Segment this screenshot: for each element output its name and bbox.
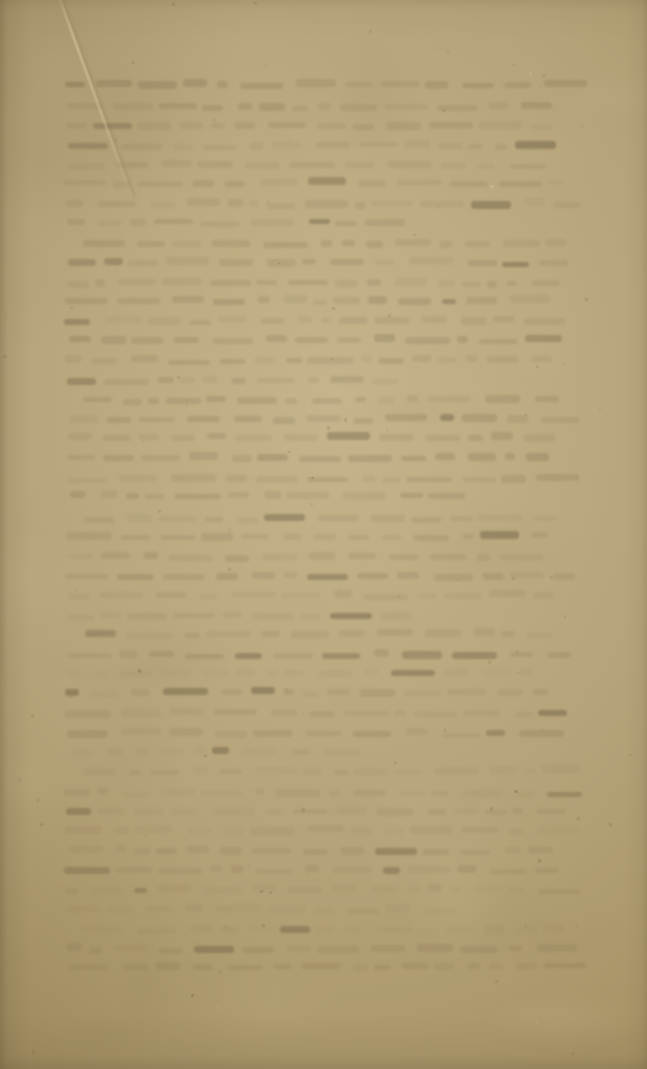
ghost-word <box>68 906 100 911</box>
ghost-word <box>148 398 159 403</box>
ghost-word <box>537 809 566 814</box>
ghost-word <box>477 554 491 561</box>
ghost-word <box>93 123 132 129</box>
ghost-word <box>303 849 328 854</box>
ghost-word <box>471 201 511 208</box>
ghost-word <box>544 963 586 969</box>
ghost-word <box>67 943 82 951</box>
paper-blotch <box>0 743 73 819</box>
ghost-word <box>222 689 242 696</box>
ghost-word <box>425 629 461 636</box>
ghost-word <box>220 847 242 855</box>
ghost-word <box>259 103 285 111</box>
ghost-word <box>489 590 526 598</box>
ghost-word <box>114 827 129 834</box>
ghost-word <box>156 592 186 598</box>
ghost-word <box>510 295 551 303</box>
ghost-word <box>301 614 321 621</box>
ghost-word <box>372 886 399 892</box>
ghost-word <box>280 926 310 934</box>
ghost-word <box>363 668 379 675</box>
ghost-word <box>232 455 251 462</box>
ghost-word <box>255 789 265 794</box>
ghost-text-block <box>0 0 647 1069</box>
ghost-word <box>402 651 442 659</box>
ghost-word <box>508 887 524 893</box>
ghost-word <box>485 810 508 815</box>
corner-shading <box>0 0 647 1069</box>
ghost-word <box>203 669 229 677</box>
ghost-word <box>524 768 536 774</box>
paper-speck <box>58 324 59 326</box>
ghost-word <box>521 102 552 108</box>
ghost-word <box>267 203 296 209</box>
ghost-word <box>123 792 149 798</box>
paper-speck <box>415 539 417 541</box>
ghost-word <box>477 515 523 521</box>
paper-speck <box>204 755 206 758</box>
ghost-word <box>113 103 153 110</box>
ghost-word <box>187 846 209 853</box>
ghost-word <box>303 768 322 776</box>
ghost-word <box>553 202 580 208</box>
ghost-word <box>287 887 322 893</box>
ghost-word <box>269 905 305 913</box>
ghost-word <box>355 202 366 209</box>
ghost-word <box>134 888 147 893</box>
ghost-word <box>235 435 273 440</box>
ghost-word <box>68 281 89 287</box>
ghost-word <box>495 144 507 150</box>
ghost-word <box>100 592 144 598</box>
ghost-word <box>547 652 571 657</box>
ghost-word <box>185 904 203 911</box>
edge-vignette <box>0 0 647 1069</box>
ghost-word <box>258 296 270 303</box>
ghost-word <box>206 396 225 402</box>
ghost-word <box>286 492 329 499</box>
ghost-word <box>257 454 288 460</box>
ghost-word <box>250 827 295 834</box>
paper-blotch <box>481 992 643 1049</box>
ghost-word <box>429 122 473 129</box>
ghost-word <box>266 335 287 342</box>
ghost-word <box>348 455 392 462</box>
ghost-word <box>220 359 245 364</box>
paper-blotch <box>299 30 381 152</box>
ghost-word <box>442 733 481 738</box>
ghost-word <box>207 433 226 440</box>
ghost-word <box>379 434 414 442</box>
ghost-word <box>141 455 180 461</box>
ghost-word <box>535 396 559 402</box>
paper-speck <box>584 201 587 203</box>
ghost-word <box>501 631 515 637</box>
ghost-line <box>69 839 561 858</box>
ghost-word <box>201 791 243 797</box>
ghost-line <box>67 446 561 465</box>
ghost-word <box>385 414 427 421</box>
ghost-line <box>66 114 566 133</box>
ghost-word <box>237 397 277 403</box>
ghost-word <box>345 82 373 87</box>
ghost-word <box>232 378 246 384</box>
ghost-word <box>291 749 310 755</box>
ghost-word <box>342 240 355 247</box>
ghost-line <box>69 328 576 347</box>
ghost-word <box>407 395 418 402</box>
ghost-line <box>65 701 581 720</box>
ghost-word <box>194 946 234 954</box>
ghost-word <box>397 180 442 186</box>
ghost-word <box>421 316 446 322</box>
ghost-line <box>68 271 567 290</box>
ghost-line <box>83 388 568 407</box>
ghost-word <box>354 768 388 775</box>
ghost-word <box>329 790 341 797</box>
ghost-line <box>83 232 581 251</box>
ghost-word <box>131 337 163 344</box>
ghost-word <box>70 491 86 498</box>
ghost-word <box>123 399 143 405</box>
paper-speck <box>576 925 578 927</box>
ghost-word <box>312 398 342 405</box>
paper-blotch <box>132 0 340 115</box>
ghost-word <box>363 594 408 600</box>
paper-speck <box>631 695 633 697</box>
ghost-word <box>457 336 469 343</box>
ghost-word <box>117 162 148 168</box>
ghost-word <box>292 106 308 112</box>
ghost-word <box>67 103 103 109</box>
ghost-word <box>414 712 456 718</box>
ghost-word <box>509 946 522 952</box>
ghost-word <box>64 180 106 186</box>
ghost-word <box>67 219 85 226</box>
paper-speck <box>564 615 567 618</box>
ghost-word <box>288 280 328 285</box>
paper-speck <box>299 913 300 914</box>
ghost-line <box>66 800 573 819</box>
ghost-word <box>148 317 180 325</box>
ghost-word <box>190 925 214 933</box>
ghost-word <box>91 358 117 364</box>
ghost-word <box>341 847 364 855</box>
ghost-word <box>64 867 110 874</box>
ghost-word <box>252 572 274 579</box>
ghost-line <box>66 661 548 680</box>
paper-speck <box>142 441 144 443</box>
ghost-word <box>131 689 150 697</box>
ghost-word <box>404 140 431 148</box>
ghost-word <box>89 947 102 954</box>
ghost-word <box>261 631 280 638</box>
ghost-word <box>183 79 207 86</box>
ghost-word <box>405 337 450 344</box>
paper-speck <box>490 807 493 811</box>
ghost-word <box>131 355 158 362</box>
paper-speck <box>267 825 269 826</box>
ghost-word <box>216 573 238 580</box>
ghost-word <box>486 730 505 736</box>
scanned-page <box>0 0 647 1069</box>
ghost-word <box>499 554 544 560</box>
ghost-word <box>84 517 115 523</box>
ghost-word <box>371 201 413 207</box>
ghost-word <box>340 104 377 111</box>
ghost-word <box>249 926 271 933</box>
ghost-word <box>384 104 429 110</box>
ghost-word <box>282 593 319 599</box>
ghost-word <box>460 850 490 855</box>
ghost-word <box>175 494 221 499</box>
ghost-word <box>427 396 471 402</box>
ghost-word <box>485 395 519 403</box>
paper-speck <box>438 406 439 407</box>
paper-speck <box>599 408 601 410</box>
ghost-word <box>84 768 116 776</box>
ghost-word <box>411 517 441 523</box>
paper-speck <box>371 338 374 340</box>
paper-speck <box>399 596 401 597</box>
paper-speck <box>456 579 458 581</box>
ghost-word <box>194 767 208 773</box>
paper-blotch <box>60 1006 169 1060</box>
ghost-word <box>397 572 420 579</box>
paper-speck <box>269 891 272 894</box>
ghost-word <box>169 808 198 815</box>
ghost-word <box>137 241 165 248</box>
ghost-word <box>418 929 440 935</box>
ghost-word <box>256 476 298 483</box>
ghost-word <box>408 866 450 873</box>
ghost-line <box>68 898 461 917</box>
paper-speck <box>488 661 491 665</box>
paper-blotch <box>531 70 647 121</box>
ghost-word <box>180 377 195 383</box>
ghost-word <box>202 105 223 111</box>
paper-speck <box>114 139 117 143</box>
ghost-word <box>525 198 545 206</box>
paper-speck <box>516 650 518 653</box>
ghost-word <box>192 180 214 188</box>
paper-speck <box>210 17 211 18</box>
ghost-word <box>515 712 533 717</box>
ghost-word <box>235 669 255 676</box>
ghost-word <box>455 808 478 814</box>
ghost-word <box>203 376 218 383</box>
paper-blotch <box>57 58 198 203</box>
ghost-word <box>215 731 247 737</box>
ghost-word <box>378 358 403 364</box>
paper-speck <box>539 85 540 87</box>
ghost-word <box>180 122 203 130</box>
ghost-word <box>197 161 234 169</box>
paper-speck <box>158 510 161 513</box>
paper-speck <box>70 307 72 310</box>
ghost-word <box>491 432 513 439</box>
ghost-word <box>535 868 559 874</box>
ghost-word <box>286 358 302 363</box>
paper-speck <box>369 30 372 33</box>
ghost-word <box>256 280 276 285</box>
ghost-word <box>95 279 105 287</box>
ghost-word <box>395 278 426 286</box>
ghost-word <box>66 808 91 815</box>
ghost-word <box>228 492 249 498</box>
ghost-word <box>468 453 496 461</box>
ghost-word <box>426 435 460 442</box>
ghost-word <box>213 338 253 345</box>
ghost-word <box>330 259 364 265</box>
ghost-word <box>187 416 220 422</box>
ghost-word <box>387 161 432 168</box>
ghost-word <box>145 494 165 499</box>
ghost-word <box>504 82 531 88</box>
ghost-word <box>264 514 305 521</box>
paper-speck <box>181 1024 183 1026</box>
paper-speck <box>219 970 222 974</box>
ghost-word <box>250 219 294 226</box>
ghost-word <box>105 316 142 323</box>
ghost-word <box>450 516 472 522</box>
ghost-word <box>339 317 368 325</box>
ghost-word <box>400 493 423 498</box>
ghost-word <box>434 963 454 970</box>
ghost-word <box>323 749 361 755</box>
ghost-word <box>365 219 405 226</box>
ghost-word <box>525 335 563 342</box>
ghost-line <box>67 605 420 624</box>
paper-speck <box>91 664 93 665</box>
ghost-word <box>524 318 565 325</box>
ghost-word <box>264 491 281 499</box>
ghost-word <box>515 791 535 797</box>
ghost-word <box>318 515 357 521</box>
ghost-word <box>271 709 297 715</box>
ghost-word <box>203 145 236 150</box>
paper-blotch <box>0 105 124 226</box>
ghost-word <box>104 258 123 265</box>
ghost-word <box>98 201 136 207</box>
ghost-word <box>548 180 562 186</box>
ghost-word <box>101 490 117 498</box>
ghost-word <box>65 710 111 718</box>
ghost-line <box>68 251 574 270</box>
ghost-line <box>65 348 562 367</box>
ghost-word <box>67 455 96 460</box>
ghost-word <box>417 593 436 598</box>
paper-speck <box>542 74 545 77</box>
ghost-word <box>121 535 150 540</box>
ghost-word <box>107 417 131 423</box>
ghost-word <box>268 671 278 677</box>
ghost-word <box>444 668 470 675</box>
ghost-word <box>528 847 553 853</box>
ghost-word <box>70 750 95 755</box>
ghost-word <box>219 769 243 774</box>
ghost-word <box>474 886 503 892</box>
ghost-word <box>210 280 251 286</box>
ghost-word <box>163 688 208 695</box>
ghost-word <box>231 865 243 873</box>
ghost-word <box>83 240 125 248</box>
ghost-word <box>136 748 149 754</box>
ghost-word <box>309 552 335 559</box>
ghost-word <box>213 299 245 304</box>
ghost-word <box>531 280 560 286</box>
ghost-word <box>380 612 411 620</box>
ghost-word <box>440 414 453 421</box>
ghost-word <box>283 689 295 695</box>
paper-blotch <box>294 30 427 158</box>
ghost-word <box>374 649 389 657</box>
ghost-word <box>305 865 319 872</box>
ghost-word <box>144 552 158 559</box>
ghost-word <box>250 142 263 150</box>
ghost-word <box>234 122 256 130</box>
ghost-word <box>150 202 176 208</box>
paper-speck <box>490 185 493 189</box>
ghost-word <box>241 747 277 755</box>
ghost-word <box>554 573 576 580</box>
ghost-word <box>134 848 151 854</box>
ghost-word <box>533 592 554 599</box>
paper-speck <box>444 729 446 731</box>
paper-speck <box>495 980 498 983</box>
paper-speck <box>557 977 558 979</box>
paper-speck <box>580 132 581 133</box>
ghost-word <box>468 144 482 150</box>
paper-speck <box>475 436 477 438</box>
ghost-line <box>67 211 415 230</box>
paper-speck <box>162 110 163 111</box>
ghost-word <box>65 574 108 580</box>
paper-blotch <box>112 923 179 1042</box>
ghost-line <box>68 134 568 153</box>
ghost-word <box>161 789 195 794</box>
ghost-word <box>83 397 112 403</box>
ghost-line <box>65 73 600 92</box>
ghost-word <box>487 281 497 288</box>
ghost-word <box>423 849 448 855</box>
paper-speck <box>264 64 267 68</box>
ghost-word <box>335 280 358 288</box>
paper-speck <box>388 314 391 317</box>
ghost-word <box>391 670 435 676</box>
ghost-word <box>274 964 291 969</box>
paper-speck <box>517 672 519 674</box>
ghost-word <box>386 122 421 129</box>
ghost-word <box>251 687 276 695</box>
ghost-word <box>205 887 242 893</box>
ghost-word <box>120 728 160 736</box>
ghost-word <box>401 456 426 461</box>
ghost-word <box>121 709 161 717</box>
ghost-word <box>384 827 404 833</box>
ghost-word <box>117 298 160 305</box>
ghost-word <box>434 768 479 774</box>
paper-speck <box>278 263 280 265</box>
ghost-word <box>158 868 202 874</box>
ghost-word <box>166 257 209 265</box>
ghost-word <box>252 613 293 620</box>
paper-speck <box>538 859 541 863</box>
ghost-word <box>166 398 200 404</box>
ghost-word <box>309 711 336 717</box>
ghost-line <box>68 955 598 974</box>
ghost-word <box>158 516 197 522</box>
